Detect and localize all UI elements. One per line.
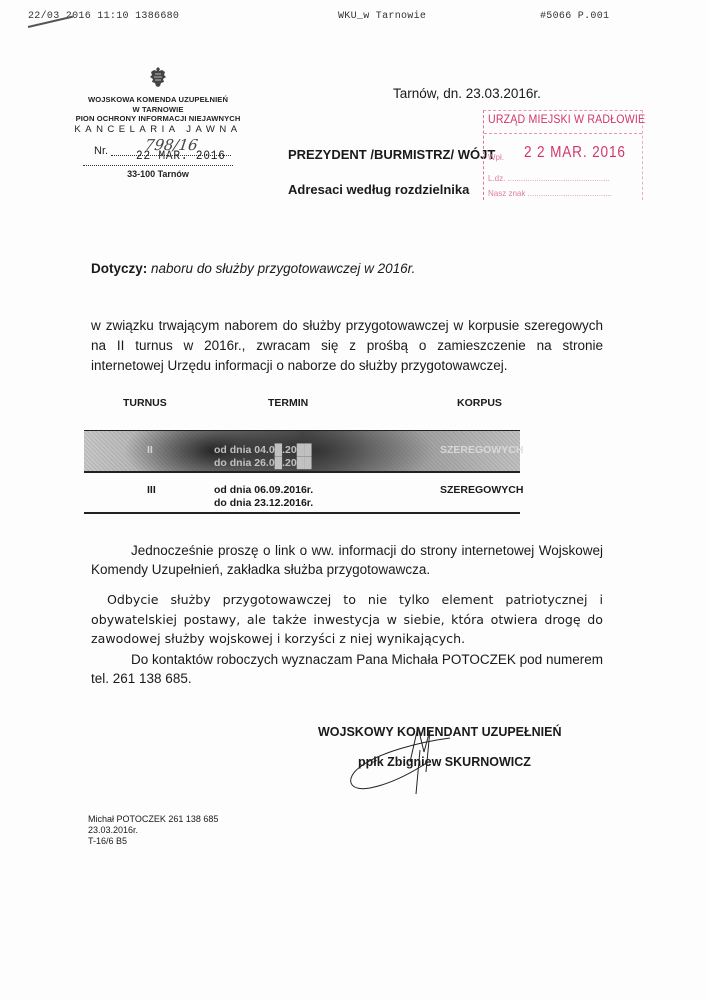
receipt-wpl-label: Wpł. <box>488 153 504 162</box>
subject-line: Dotyczy: naboru do służby przygotowawcze… <box>91 261 415 276</box>
stamp-line: WOJSKOWA KOMENDA UZUPEŁNIEŃ <box>58 95 258 105</box>
paragraph-line: w związku trwającym naborem do służby pr… <box>91 316 603 336</box>
nr-label: Nr. <box>94 145 108 157</box>
paragraph-text: Odbycie służby przygotowawczej to nie ty… <box>91 592 603 646</box>
stamp-city: 33-100 Tarnów <box>58 169 258 179</box>
footer-reference: T-16/6 B5 <box>88 836 218 847</box>
subject-label: Dotyczy: <box>91 261 147 276</box>
eagle-emblem-icon <box>149 66 167 88</box>
fax-sender: WKU_w Tarnowie <box>338 11 426 22</box>
cell-korpus: SZEREGOWYCH <box>440 484 523 497</box>
receipt-our-ref: Nasz znak ..............................… <box>488 189 638 198</box>
paragraph-request: w związku trwającym naborem do służby pr… <box>91 316 603 376</box>
termin-from: od dnia 06.09.2016r. <box>214 484 313 497</box>
fax-page-number: #5066 P.001 <box>540 11 609 22</box>
sender-office-stamp: WOJSKOWA KOMENDA UZUPEŁNIEŃ W TARNOWIE P… <box>58 66 258 179</box>
receipt-stamp: URZĄD MIEJSKI W RADŁOWIE Wpł. 2 2 MAR. 2… <box>483 110 643 200</box>
paragraph-text: Do kontaktów roboczych wyznaczam Pana Mi… <box>91 652 603 686</box>
table-rule <box>84 512 520 514</box>
receipt-date: 2 2 MAR. 2016 <box>524 144 626 162</box>
document-footer: Michał POTOCZEK 261 138 685 23.03.2016r.… <box>88 814 218 847</box>
cell-turnus: II <box>147 444 153 457</box>
termin-from: od dnia 04.0█.20██ <box>214 444 312 457</box>
paragraph-line: na II turnus w 2016r., zwracam się z pro… <box>91 336 603 356</box>
subject-text: naboru do służby przygotowawczej w 2016r… <box>151 261 415 276</box>
stamp-line: PION OCHRONY INFORMACJI NIEJAWNYCH <box>58 114 258 124</box>
paragraph-service-benefits: Odbycie służby przygotowawczej to nie ty… <box>91 590 603 649</box>
paragraph-text: Jednocześnie proszę o link o ww. informa… <box>91 543 603 577</box>
place-date: Tarnów, dn. 23.03.2016r. <box>393 86 541 101</box>
receipt-ldz: L.dz. ..................................… <box>488 174 638 183</box>
stamp-divider <box>484 133 642 134</box>
stamp-line: W TARNOWIE <box>58 105 258 115</box>
dotted-line <box>83 165 233 166</box>
stamp-date: 22 MAR. 2016 <box>136 148 226 163</box>
cell-termin: od dnia 06.09.2016r. do dnia 23.12.2016r… <box>214 484 313 510</box>
registry-number: Nr. 798/16 22 MAR. 2016 <box>58 137 258 163</box>
footer-contact: Michał POTOCZEK 261 138 685 <box>88 814 218 825</box>
termin-to: do dnia 26.0█.20██ <box>214 457 312 470</box>
cell-turnus: III <box>147 484 156 497</box>
termin-to: do dnia 23.12.2016r. <box>214 497 313 510</box>
stamp-office: KANCELARIA JAWNA <box>58 124 258 136</box>
footer-date: 23.03.2016r. <box>88 825 218 836</box>
handwritten-signature-icon <box>340 722 460 802</box>
cell-korpus: SZEREGOWYCH <box>440 444 523 457</box>
paragraph-contact: Do kontaktów roboczych wyznaczam Pana Mi… <box>91 650 603 688</box>
paragraph-link-request: Jednocześnie proszę o link o ww. informa… <box>91 541 603 579</box>
table-header-termin: TERMIN <box>268 397 308 409</box>
table-rule <box>84 471 520 473</box>
receipt-office: URZĄD MIEJSKI W RADŁOWIE <box>488 114 645 126</box>
addressee-title: PREZYDENT /BURMISTRZ/ WÓJT <box>288 147 495 162</box>
table-header-korpus: KORPUS <box>457 397 502 409</box>
table-header-turnus: TURNUS <box>123 397 167 409</box>
cell-termin: od dnia 04.0█.20██ do dnia 26.0█.20██ <box>214 444 312 470</box>
addressee-distribution: Adresaci według rozdzielnika <box>288 182 469 197</box>
paragraph-line: internetowej Urzędu informacji o naborze… <box>91 356 603 376</box>
